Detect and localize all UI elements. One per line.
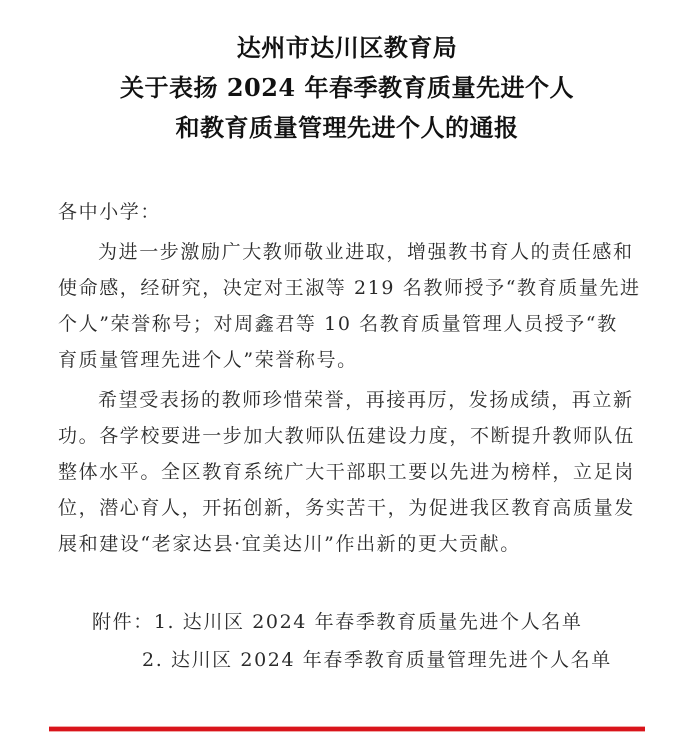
paragraph-1-line: 使命感，经研究，决定对王淑等 219 名教师授予“教育质量先进 (58, 273, 641, 300)
paragraph-2-line: 位，潜心育人，开拓创新，务实苦干，为促进我区教育高质量发 (58, 493, 635, 520)
paragraph-2-line: 功。各学校要进一步加大教师队伍建设力度，不断提升教师队伍 (58, 421, 635, 448)
document-title-line-2: 关于表扬 2024 年春季教育质量先进个人 (0, 76, 694, 100)
paragraph-1-line: 育质量管理先进个人”荣誉称号。 (58, 345, 358, 372)
red-divider-rule (49, 727, 645, 731)
paragraph-1-line: 个人”荣誉称号；对周鑫君等 10 名教育质量管理人员授予“教 (58, 309, 618, 336)
paragraph-2-line: 希望受表扬的教师珍惜荣誉，再接再厉，发扬成绩，再立新 (98, 385, 634, 412)
paragraph-2-line: 整体水平。全区教育系统广大干部职工要以先进为榜样，立足岗 (58, 457, 635, 484)
attachment-item-1-text: 1. 达川区 2024 年春季教育质量先进个人名单 (154, 611, 583, 633)
paragraph-2-line: 展和建设“老家达县·宜美达川”作出新的更大贡献。 (58, 529, 521, 556)
attachments-label: 附件： (92, 607, 154, 634)
attachment-item-1: 附件：1. 达川区 2024 年春季教育质量先进个人名单 (92, 607, 582, 634)
document-title-line-1: 达州市达川区教育局 (0, 36, 694, 60)
document-title-line-3: 和教育质量管理先进个人的通报 (0, 116, 694, 140)
attachment-item-2: 2. 达川区 2024 年春季教育质量管理先进个人名单 (142, 645, 612, 672)
paragraph-1-line: 为进一步激励广大教师敬业进取，增强教书育人的责任感和 (98, 237, 634, 264)
salutation: 各中小学： (58, 197, 161, 224)
